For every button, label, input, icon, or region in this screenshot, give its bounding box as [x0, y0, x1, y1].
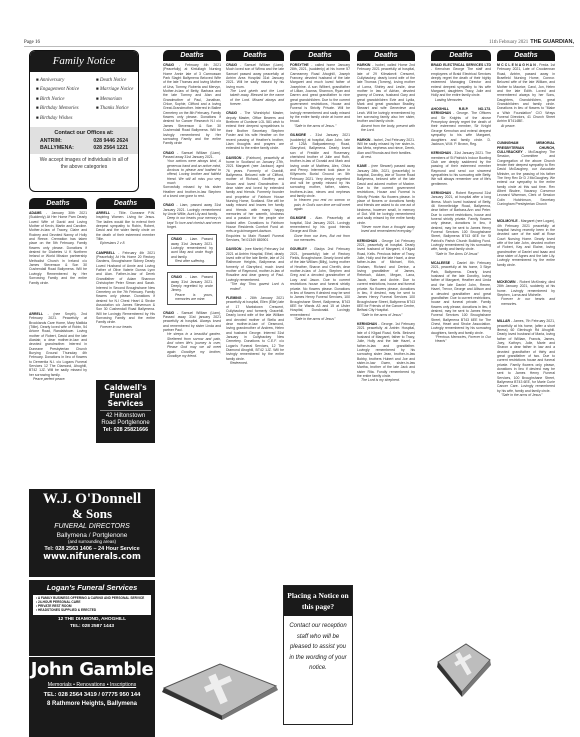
office-phone: 028 2564 1221 — [93, 145, 128, 152]
category-item: Birthday Wishes — [36, 114, 96, 123]
ad-caldwells-funeral-services: Caldwell's Funeral Services 42 Hiltonsto… — [96, 380, 155, 443]
deaths-heading: Deaths — [226, 50, 284, 61]
death-notice: FORSYTHE - called home January 28th, 202… — [290, 63, 350, 128]
notice-verse: "Safe in the arms of Jesus" — [497, 393, 555, 397]
death-notice: HARKIN - Isobel, 2nd February 2021. Will… — [357, 138, 415, 160]
death-notice: BRAID ELECTRICAL SERVICES LTD - Kernohan… — [431, 63, 491, 102]
ad-services: Memorials • Renovations • Inscriptions — [29, 682, 155, 688]
placing-body: Contact our reception staff who will be … — [284, 616, 352, 679]
notice-verse: Your actions were always kind, A generou… — [163, 159, 221, 185]
death-notice: CUNINGHAM MEMORIAL PRESBYTERIAN CHURCH, … — [497, 141, 555, 206]
notice-verse: "Precious Memories, Forever in Our Heart… — [431, 335, 491, 344]
deaths-column-3: Deaths CRAIG - February 4th 2021 (Peacef… — [163, 50, 221, 363]
category-item: Engagement Notice — [36, 85, 96, 94]
death-notice: GILMORE - 31st January 2021 (suddenly) a… — [290, 133, 350, 211]
placing-title: Placing a Notice on this page? — [284, 586, 352, 616]
categories-list: Anniversary Death Notice Engagement Noti… — [30, 72, 138, 125]
death-notice: CRAIG - Samuel William (Liam). Passed aw… — [163, 151, 221, 199]
deaths-column-7: Deaths BRAID ELECTRICAL SERVICES LTD - K… — [431, 50, 491, 349]
family-notice-categories: Family Notice Categories Anniversary Dea… — [29, 50, 139, 192]
notice-text: - February 4th 2021 (Peacefully) At His … — [96, 251, 155, 325]
notice-verse: Gone from our lives, But not from our me… — [290, 234, 350, 243]
death-notice: DAVISON - (Fairburn), peacefully at home… — [226, 156, 284, 243]
notice-verse: Deep in our hearts your memory is kept T… — [163, 216, 221, 229]
notice-text: - George. The Officers and Sir Knights o… — [431, 111, 491, 145]
notice-verse: Rest after suffering. — [171, 259, 213, 263]
notice-verse: Lasting Memories — [431, 98, 491, 102]
notice-text: - 31st January 2021 (suddenly) at hospit… — [290, 133, 350, 198]
issue-date: 11th February 2021 — [489, 40, 528, 45]
ad-services-list: • A FAMILY BUSINESS OFFERING A CARING AN… — [33, 595, 151, 615]
notice-verse: At peace. — [497, 124, 555, 128]
placing-notice-box: Placing a Notice on this page? Contact o… — [283, 585, 353, 725]
ad-john-gamble: John Gamble Memorials • Renovations • In… — [29, 657, 155, 737]
notice-verse: Absent from the body, present with the L… — [357, 124, 415, 133]
death-notice: AHOGHILL R.B.P. NO.173. KERNOHAN - Georg… — [431, 107, 491, 146]
categories-title: Family Notice Categories — [30, 51, 138, 72]
ad-address: 42 Hiltonstown Road Portglenone — [100, 410, 151, 426]
death-notice: ARRELL - (nee Smyth). 2nd February 2021.… — [29, 312, 87, 382]
death-notice: DAVISON - (nee Martin) February 1st 2021… — [226, 247, 284, 290]
deaths-column-8: Deaths M C C L E N A G H A N - Freda. 1s… — [497, 50, 555, 402]
category-item: Memoriam — [96, 95, 139, 104]
deaths-column-5: Deaths FORSYTHE - called home January 28… — [290, 50, 350, 326]
ad-wj-odonnell: W.J. O'Donnell & Sons FUNERAL DIRECTORS … — [29, 489, 155, 577]
notice-text: - (nee Stewart) passed away January 28th… — [357, 164, 415, 224]
notice-verse: Peace is yours, memories are mine. — [171, 293, 213, 302]
death-notice: GOURLEY - Gladys 2nd February 2021, (pea… — [290, 247, 350, 321]
deaths-heading: Deaths — [163, 50, 221, 61]
notice-text: - (Fairburn), peacefully at home in Scot… — [226, 156, 284, 243]
notice-text: Sorrowfully missed by his sister Heather… — [163, 185, 221, 198]
death-notice: CRAIG - Samuel William (Liam). Much love… — [226, 63, 284, 106]
notice-verse: Redeemed. — [226, 361, 284, 365]
notice-text: - Samuel William (Liam). Much loved son … — [226, 63, 284, 89]
notice-text: - The Worshipful Master, deputy Master, … — [226, 111, 284, 150]
death-notice: CRAIG - Samuel William (Liam). Passed aw… — [163, 311, 221, 359]
notice-verse: At rest. — [357, 155, 415, 159]
deaths-heading: Deaths — [497, 50, 555, 61]
ad-address: 8 Rathmore Heights, Ballymena — [29, 701, 155, 707]
death-notice: KANE - (nee Stewart) passed away January… — [357, 164, 415, 234]
page-header: Page 16 11th February 2021THE GUARDIAN, — [24, 37, 574, 47]
notice-text: - January 30th 2021 (Suddenly) At Her Ho… — [29, 211, 87, 285]
accept-images-note: We accept images of individuals in all o… — [30, 154, 138, 173]
notice-verse: He sleeps in a beautiful garden. Shelter… — [163, 332, 221, 358]
death-notice: ARRELL - Tillie. Duneane P.W. Inspiring … — [96, 211, 155, 246]
contact-title: Contact our Offices at: — [34, 130, 134, 136]
ad-area: (and surrounding areas) — [29, 539, 155, 544]
ad-location: Ballymena / Portglenone — [29, 532, 155, 539]
deaths-heading: Deaths — [290, 50, 350, 61]
death-notice: MCALEESE - Daniel 4th February 2021, pea… — [431, 261, 491, 344]
notice-text: - Daniel 4th February 2021, peacefully a… — [431, 261, 491, 335]
death-notice: M C C L E N A G H A N - Freda. 1st Febru… — [497, 63, 555, 128]
office-name: BALLYMENA: — [40, 145, 74, 152]
notice-verse: Peace perfect peace. — [29, 377, 87, 381]
death-notice: CRAIG - Liam, passed away 31st January 2… — [163, 203, 221, 229]
category-item: Anniversary — [36, 76, 96, 85]
death-notice: CRAIG - The Worshipful Master, deputy Ma… — [226, 111, 284, 150]
notice-verse: Forever in our hearts — [96, 325, 155, 329]
notice-text: - 31st January 2021. The members of St P… — [431, 151, 491, 185]
notice-verse: "Never more than a thought away loved an… — [357, 225, 415, 234]
bible-cross-icon — [436, 640, 492, 700]
deaths-column-6: Deaths HARKIN - Isobel, called Home 2nd … — [357, 50, 415, 388]
ad-name: Caldwell's Funeral Services — [96, 380, 155, 408]
notice-text: - Robert Raymond 31st January 2021, at h… — [431, 191, 491, 251]
notice-text: - (nee Smyth). 2nd February 2021. Peacef… — [29, 312, 87, 377]
notice-verse: In Heaven you rest no sorrow or pain, In… — [290, 198, 350, 211]
death-notice: KERNOHAN - 31st January 2021. The member… — [431, 151, 491, 186]
office-ballymena: BALLYMENA:028 2564 1221 — [34, 145, 134, 152]
notice-text: - called home January 28th, 2021, (sudde… — [290, 63, 350, 123]
notice-verse: Ephesians 2 v 8. — [96, 241, 155, 245]
notice-verse: "The day Thou gavest Lord is ended". — [226, 282, 284, 291]
ad-name: W.J. O'Donnell — [29, 489, 155, 507]
death-notice: GILMORE - Alan. Peacefully at hospital, … — [290, 216, 350, 242]
deaths-column-1: Deaths ADAMS - January 30th 2021 (Sudden… — [29, 198, 87, 386]
notice-verse: Forever in our hearts and memories. — [497, 297, 555, 306]
death-notice: ADAMS - January 30th 2021 (Suddenly) At … — [29, 211, 87, 285]
deaths-column-4: Deaths CRAIG - Samuel William (Liam). Mu… — [226, 50, 284, 370]
notice-text: - Isobel, called Home 2nd February 2021 … — [357, 63, 415, 123]
ad-service-item: • HEADSTONES SUPPLIED & ERECTED — [36, 609, 148, 613]
ad-website[interactable]: www.nifunerals.com — [29, 552, 155, 562]
notice-text: - George 1st February 2021, peacefully a… — [357, 239, 415, 313]
bible-cross-icon — [160, 660, 280, 720]
death-notice: CAMPBELL - February 4th 2021 (Peacefully… — [96, 251, 155, 329]
header-right: 11th February 2021THE GUARDIAN, — [489, 39, 574, 45]
notice-text: - Tillie. Duneane P.W. Inspiring Women. … — [96, 211, 155, 241]
deaths-heading: Deaths — [29, 198, 87, 209]
death-notice: KERNOHAN - George. 1st February 2021 pea… — [357, 322, 415, 383]
death-notice-boxed: CRAIG - Liam. Passed away 31st January 2… — [167, 272, 217, 304]
category-item: Thanks Notice — [96, 104, 139, 113]
ad-phone: Tel: 028 25821666 — [96, 427, 155, 433]
page-number: Page 16 — [24, 40, 40, 45]
ad-address: 12 THE DIAMOND, AHOGHILL — [29, 617, 155, 623]
death-notice: KERNOHAN - George 1st February 2021, pea… — [357, 239, 415, 317]
notice-text: - February 4th 2021 (Peacefully) at Kint… — [163, 63, 221, 145]
notice-verse: "Safe In The Arms Of Jesus" — [431, 252, 491, 256]
death-notice: MCILMOYLE - Margaret (nee Logan), 4th Fe… — [497, 219, 555, 267]
notice-text: - James, 7th February 2021, peacefully a… — [497, 319, 555, 393]
category-item: Death Notice — [96, 76, 139, 85]
ad-name: Logan's Funeral Services — [29, 580, 155, 592]
death-notice: KERNOHAN - Robert Raymond 31st January 2… — [431, 191, 491, 256]
deaths-column-2: Deaths ARRELL - Tillie. Duneane P.W. Ins… — [96, 198, 155, 334]
contact-offices: Contact our Offices at: ANTRIM:028 9446 … — [30, 127, 138, 154]
ad-logans-funeral-services: Logan's Funeral Services • A FAMILY BUSI… — [29, 580, 155, 656]
death-notice-boxed: CRAIG - Liam. Passed away 31st January 2… — [167, 234, 217, 266]
ad-name: John Gamble — [29, 657, 155, 681]
masthead: THE GUARDIAN, — [530, 39, 574, 45]
category-item: Birthday Memories — [36, 104, 96, 113]
notice-text: - Kernohan George The staff and employee… — [431, 67, 491, 97]
notice-text: - George. 1st February 2021 peacefully a… — [357, 322, 415, 378]
ad-subtitle: FUNERAL DIRECTORS — [29, 523, 155, 530]
notice-text: - (nee Martin) February 1st 2021 at Antr… — [226, 247, 284, 281]
notice-verse: The Lord giveth and the Lord taketh away… — [226, 89, 284, 106]
deaths-heading: Deaths — [96, 198, 155, 209]
notice-verse: The Lord is my shepherd. — [357, 378, 415, 382]
death-notice: MCKEOWN - Robert McKinstry, died 28th Ja… — [497, 280, 555, 306]
notice-text: - Margaret (nee Logan), 4th February 202… — [497, 219, 555, 266]
death-notice: MILLAR - James, 7th February 2021, peace… — [497, 319, 555, 397]
ad-phone: TEL: 028 2587 1443 — [29, 624, 155, 630]
deaths-heading: Deaths — [357, 50, 415, 61]
notice-text: - 28th January 2021 peacefully at hospit… — [226, 296, 284, 361]
notice-verse: "Safe in the arms of Jesus." — [290, 124, 350, 128]
death-notice: FLEMING - 28th January 2021 peacefully a… — [226, 296, 284, 366]
ad-name-sons: & Sons — [29, 507, 155, 521]
ad-phone: TEL: 028 2564 3419 / 07775 950 144 — [29, 692, 155, 698]
category-item: Birth Notice — [36, 95, 96, 104]
death-notice: HARKIN - Isobel, called Home 2nd Februar… — [357, 63, 415, 133]
deaths-heading: Deaths — [431, 50, 491, 61]
category-item: Marriage Notice — [96, 85, 139, 94]
notice-verse: "Safe in the arms of Jesus" — [290, 317, 350, 321]
notice-text: - Gladys 2nd February 2021, (peacefully)… — [290, 247, 350, 316]
notice-verse: "Safe in the arms of Jesus" — [357, 313, 415, 317]
notice-text: - McGaughey The Session, Committee and C… — [497, 150, 555, 206]
death-notice: CRAIG - February 4th 2021 (Peacefully) a… — [163, 63, 221, 146]
notice-text: - Freda. 1st February 2021, Late of Croo… — [497, 63, 555, 123]
